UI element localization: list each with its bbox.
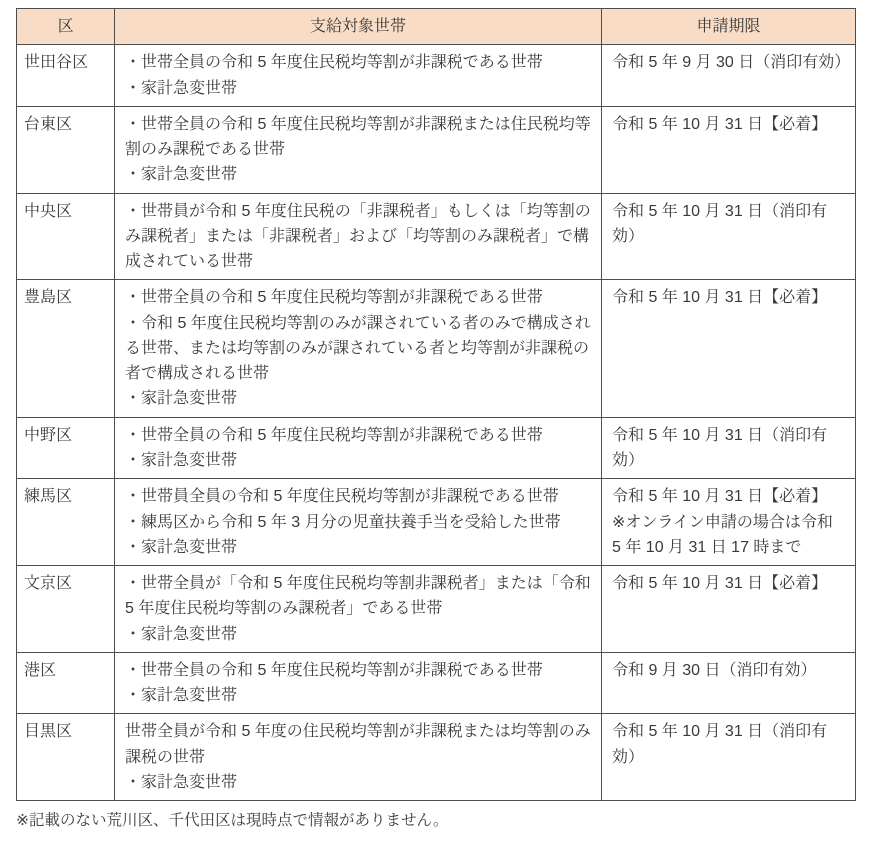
deadline-line: 令和 9 月 30 日（消印有効）	[612, 658, 845, 683]
households-header: 支給対象世帯	[115, 9, 602, 45]
households-cell: ・世帯全員の令和 5 年度住民税均等割が非課税である世帯・家計急変世帯	[115, 417, 602, 479]
household-item: ・世帯全員の令和 5 年度住民税均等割が非課税である世帯	[125, 50, 591, 75]
table-row: 練馬区 ・世帯員全員の令和 5 年度住民税均等割が非課税である世帯・練馬区から令…	[17, 479, 856, 566]
household-item: ・世帯全員の令和 5 年度住民税均等割が非課税である世帯	[125, 423, 591, 448]
deadline-line: ※オンライン申請の場合は令和 5 年 10 月 31 日 17 時まで	[612, 510, 845, 561]
ward-cell: 台東区	[17, 106, 115, 193]
deadline-cell: 令和 5 年 10 月 31 日【必着】※オンライン申請の場合は令和 5 年 1…	[602, 479, 856, 566]
deadline-line: 令和 5 年 10 月 31 日【必着】	[612, 285, 845, 310]
ward-cell: 港区	[17, 652, 115, 714]
table-row: 目黒区 世帯全員が令和 5 年度の住民税均等割が非課税または均等割のみ課税の世帯…	[17, 714, 856, 801]
table-row: 港区 ・世帯全員の令和 5 年度住民税均等割が非課税である世帯・家計急変世帯 令…	[17, 652, 856, 714]
households-cell: ・世帯全員の令和 5 年度住民税均等割が非課税または住民税均等割のみ課税である世…	[115, 106, 602, 193]
deadline-cell: 令和 5 年 10 月 31 日（消印有効）	[602, 714, 856, 801]
households-cell: ・世帯全員の令和 5 年度住民税均等割が非課税である世帯・令和 5 年度住民税均…	[115, 280, 602, 417]
household-item: ・家計急変世帯	[125, 76, 591, 101]
deadline-cell: 令和 5 年 10 月 31 日【必着】	[602, 566, 856, 653]
deadline-cell: 令和 5 年 10 月 31 日【必着】	[602, 106, 856, 193]
deadline-line: 令和 5 年 9 月 30 日（消印有効）	[612, 50, 845, 75]
household-item: ・練馬区から令和 5 年 3 月分の児童扶養手当を受給した世帯	[125, 510, 591, 535]
ward-header: 区	[17, 9, 115, 45]
ward-cell: 目黒区	[17, 714, 115, 801]
household-item: ・家計急変世帯	[125, 535, 591, 560]
deadline-cell: 令和 5 年 10 月 31 日（消印有効）	[602, 193, 856, 280]
household-item: ・世帯全員の令和 5 年度住民税均等割が非課税または住民税均等割のみ課税である世…	[125, 112, 591, 163]
deadline-line: 令和 5 年 10 月 31 日（消印有効）	[612, 719, 845, 770]
deadline-header: 申請期限	[602, 9, 856, 45]
table-row: 文京区 ・世帯全員が「令和 5 年度住民税均等割非課税者」または「令和 5 年度…	[17, 566, 856, 653]
household-item: ・世帯全員が「令和 5 年度住民税均等割非課税者」または「令和 5 年度住民税均…	[125, 571, 591, 622]
household-item: ・世帯員全員の令和 5 年度住民税均等割が非課税である世帯	[125, 484, 591, 509]
household-item: ・家計急変世帯	[125, 386, 591, 411]
page: 区 支給対象世帯 申請期限 世田谷区 ・世帯全員の令和 5 年度住民税均等割が非…	[0, 0, 870, 842]
household-item: ・家計急変世帯	[125, 622, 591, 647]
deadline-line: 令和 5 年 10 月 31 日【必着】	[612, 571, 845, 596]
ward-cell: 世田谷区	[17, 45, 115, 107]
ward-cell: 練馬区	[17, 479, 115, 566]
deadline-line: 令和 5 年 10 月 31 日【必着】	[612, 484, 845, 509]
deadline-cell: 令和 9 月 30 日（消印有効）	[602, 652, 856, 714]
header-row: 区 支給対象世帯 申請期限	[17, 9, 856, 45]
deadline-cell: 令和 5 年 9 月 30 日（消印有効）	[602, 45, 856, 107]
deadline-line: 令和 5 年 10 月 31 日【必着】	[612, 112, 845, 137]
household-item: ・家計急変世帯	[125, 770, 591, 795]
household-item: 世帯全員が令和 5 年度の住民税均等割が非課税または均等割のみ課税の世帯	[125, 719, 591, 770]
deadline-line: 令和 5 年 10 月 31 日（消印有効）	[612, 199, 845, 250]
ward-cell: 文京区	[17, 566, 115, 653]
table-row: 中央区 ・世帯員が令和 5 年度住民税の「非課税者」もしくは「均等割のみ課税者」…	[17, 193, 856, 280]
table-row: 世田谷区 ・世帯全員の令和 5 年度住民税均等割が非課税である世帯・家計急変世帯…	[17, 45, 856, 107]
households-cell: ・世帯員全員の令和 5 年度住民税均等割が非課税である世帯・練馬区から令和 5 …	[115, 479, 602, 566]
households-cell: ・世帯全員の令和 5 年度住民税均等割が非課税である世帯・家計急変世帯	[115, 652, 602, 714]
table-row: 豊島区 ・世帯全員の令和 5 年度住民税均等割が非課税である世帯・令和 5 年度…	[17, 280, 856, 417]
ward-cell: 豊島区	[17, 280, 115, 417]
deadline-cell: 令和 5 年 10 月 31 日（消印有効）	[602, 417, 856, 479]
household-item: ・令和 5 年度住民税均等割のみが課されている者のみで構成される世帯、または均等…	[125, 311, 591, 387]
wards-table: 区 支給対象世帯 申請期限 世田谷区 ・世帯全員の令和 5 年度住民税均等割が非…	[16, 8, 856, 801]
deadline-line: 令和 5 年 10 月 31 日（消印有効）	[612, 423, 845, 474]
households-cell: ・世帯全員の令和 5 年度住民税均等割が非課税である世帯・家計急変世帯	[115, 45, 602, 107]
household-item: ・家計急変世帯	[125, 162, 591, 187]
deadline-cell: 令和 5 年 10 月 31 日【必着】	[602, 280, 856, 417]
table-row: 台東区 ・世帯全員の令和 5 年度住民税均等割が非課税または住民税均等割のみ課税…	[17, 106, 856, 193]
household-item: ・家計急変世帯	[125, 448, 591, 473]
footnote: ※記載のない荒川区、千代田区は現時点で情報がありません。	[16, 810, 855, 832]
table-body: 世田谷区 ・世帯全員の令和 5 年度住民税均等割が非課税である世帯・家計急変世帯…	[17, 45, 856, 801]
household-item: ・世帯全員の令和 5 年度住民税均等割が非課税である世帯	[125, 285, 591, 310]
households-cell: ・世帯員が令和 5 年度住民税の「非課税者」もしくは「均等割のみ課税者」または「…	[115, 193, 602, 280]
ward-cell: 中央区	[17, 193, 115, 280]
table-row: 中野区 ・世帯全員の令和 5 年度住民税均等割が非課税である世帯・家計急変世帯 …	[17, 417, 856, 479]
households-cell: 世帯全員が令和 5 年度の住民税均等割が非課税または均等割のみ課税の世帯・家計急…	[115, 714, 602, 801]
ward-cell: 中野区	[17, 417, 115, 479]
household-item: ・世帯員が令和 5 年度住民税の「非課税者」もしくは「均等割のみ課税者」または「…	[125, 199, 591, 275]
households-cell: ・世帯全員が「令和 5 年度住民税均等割非課税者」または「令和 5 年度住民税均…	[115, 566, 602, 653]
household-item: ・世帯全員の令和 5 年度住民税均等割が非課税である世帯	[125, 658, 591, 683]
household-item: ・家計急変世帯	[125, 683, 591, 708]
